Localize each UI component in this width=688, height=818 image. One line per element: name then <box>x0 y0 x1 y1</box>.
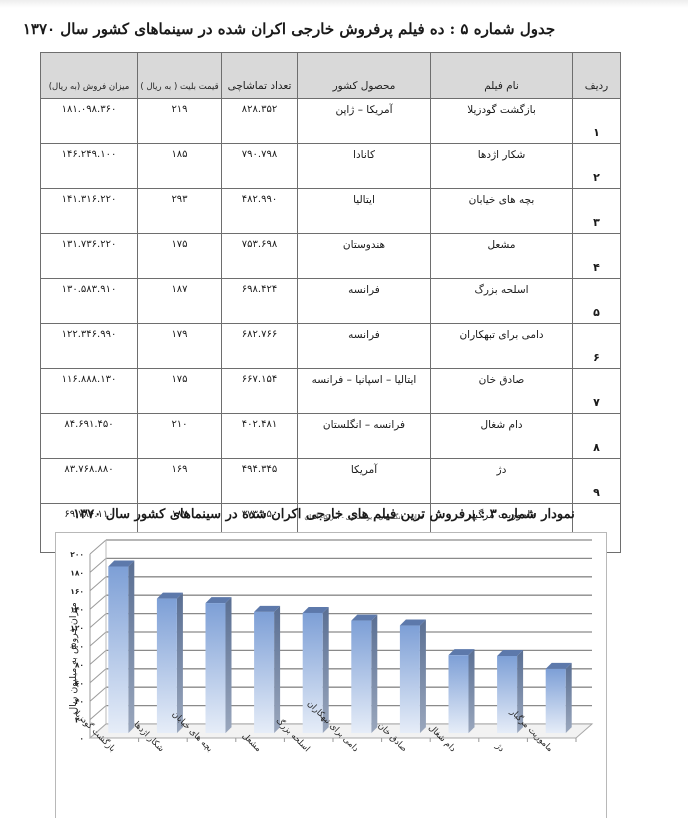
cell-country: فرانسه <box>298 279 431 324</box>
gridline-depth <box>90 614 106 628</box>
cell-viewers: ۶۶۷.۱۵۴ <box>222 369 298 414</box>
y-axis-title: میزان فروش به میلیون ریال <box>68 602 79 713</box>
table-title: جدول شماره ۵ : ده فیلم پرفروش خارجی اکرا… <box>0 20 688 38</box>
header-row-no: ردیف <box>573 53 621 99</box>
y-tick-label: ۱۶۰ <box>70 587 84 596</box>
cell-viewers: ۶۸۲.۷۶۶ <box>222 324 298 369</box>
top-foreign-films-table: ردیف نام فیلم محصول کشور تعداد تماشاچی ق… <box>40 52 621 553</box>
cell-viewers: ۷۹۰.۷۹۸ <box>222 144 298 189</box>
bar <box>108 566 128 733</box>
cell-film-name: بازگشت گودزیلا <box>431 99 573 144</box>
cell-sales: ۱۳۰.۵۸۳.۹۱۰ <box>41 279 138 324</box>
gridline-depth <box>90 577 106 591</box>
header-country: محصول کشور <box>298 53 431 99</box>
bar <box>351 621 371 734</box>
table-row: ۲شکار اژدهاکانادا۷۹۰.۷۹۸۱۸۵۱۴۶.۲۴۹.۱۰۰ <box>41 144 621 189</box>
cell-film-name: دامی برای تبهکاران <box>431 324 573 369</box>
cell-sales: ۱۴۱.۳۱۶.۲۲۰ <box>41 189 138 234</box>
bar-side <box>420 620 426 734</box>
gridline-depth <box>90 558 106 572</box>
cell-sales: ۱۸۱.۰۹۸.۳۶۰ <box>41 99 138 144</box>
bar-side <box>371 615 377 734</box>
cell-film-name: مشعل <box>431 234 573 279</box>
cell-viewers: ۴۰۲.۴۸۱ <box>222 414 298 459</box>
cell-ticket-price: ۲۱۰ <box>138 414 222 459</box>
bar-side <box>274 606 280 733</box>
cell-country: آمریکا – ژاپن <box>298 99 431 144</box>
table-row: ۸دام شغالفرانسه – انگلستان۴۰۲.۴۸۱۲۱۰۸۴.۶… <box>41 414 621 459</box>
gridline-depth <box>90 687 106 701</box>
table-row: ۵اسلحه بزرگفرانسه۶۹۸.۴۲۴۱۸۷۱۳۰.۵۸۳.۹۱۰ <box>41 279 621 324</box>
table-row: ۳بچه های خیابانایتالیا۴۸۲.۹۹۰۲۹۳۱۴۱.۳۱۶.… <box>41 189 621 234</box>
cell-film-name: شکار اژدها <box>431 144 573 189</box>
bar-side <box>226 597 232 733</box>
x-category-label: دژ <box>493 741 507 755</box>
cell-country: فرانسه – انگلستان <box>298 414 431 459</box>
cell-row-no: ۱ <box>573 99 621 144</box>
bar <box>206 603 226 733</box>
bar <box>400 626 420 734</box>
table-header-row: ردیف نام فیلم محصول کشور تعداد تماشاچی ق… <box>41 53 621 99</box>
header-film-name: نام فیلم <box>431 53 573 99</box>
cell-ticket-price: ۲۹۳ <box>138 189 222 234</box>
sales-bar-chart: ۰۲۰۴۰۶۰۸۰۱۰۰۱۲۰۱۴۰۱۶۰۱۸۰۲۰۰بازگشت گودزیل… <box>55 532 607 818</box>
header-viewers: تعداد تماشاچی <box>222 53 298 99</box>
table-row: ۹دژآمریکا۴۹۴.۳۴۵۱۶۹۸۳.۷۶۸.۸۸۰ <box>41 459 621 504</box>
cell-ticket-price: ۲۱۹ <box>138 99 222 144</box>
cell-row-no: ۳ <box>573 189 621 234</box>
cell-sales: ۱۱۶.۸۸۸.۱۳۰ <box>41 369 138 414</box>
cell-film-name: دژ <box>431 459 573 504</box>
cell-ticket-price: ۱۷۵ <box>138 234 222 279</box>
header-ticket-price: قیمت بلیت ( به ریال ) <box>138 53 222 99</box>
gridline-depth <box>90 632 106 646</box>
cell-film-name: صادق خان <box>431 369 573 414</box>
cell-row-no: ۷ <box>573 369 621 414</box>
cell-viewers: ۶۹۸.۴۲۴ <box>222 279 298 324</box>
cell-film-name: بچه های خیابان <box>431 189 573 234</box>
y-tick-label: ۱۸۰ <box>70 568 84 577</box>
cell-ticket-price: ۱۶۹ <box>138 459 222 504</box>
bar <box>546 669 566 733</box>
gridline-depth <box>90 650 106 664</box>
bar-side <box>469 649 475 733</box>
bar <box>449 655 469 733</box>
cell-row-no: ۹ <box>573 459 621 504</box>
cell-sales: ۱۳۱.۷۳۶.۲۲۰ <box>41 234 138 279</box>
cell-sales: ۱۲۲.۳۴۶.۹۹۰ <box>41 324 138 369</box>
gridline-depth <box>90 669 106 683</box>
y-tick-label: ۰ <box>79 734 84 743</box>
table-title-text: جدول شماره ۵ : ده فیلم پرفروش خارجی اکرا… <box>23 20 555 38</box>
cell-sales: ۱۴۶.۲۴۹.۱۰۰ <box>41 144 138 189</box>
cell-viewers: ۸۲۸.۳۵۲ <box>222 99 298 144</box>
chart-canvas: ۰۲۰۴۰۶۰۸۰۱۰۰۱۲۰۱۴۰۱۶۰۱۸۰۲۰۰بازگشت گودزیل… <box>56 533 606 818</box>
cell-row-no: ۸ <box>573 414 621 459</box>
bar-side <box>566 663 572 733</box>
gridline-depth <box>90 706 106 720</box>
page-top-shade <box>0 0 688 8</box>
cell-country: کانادا <box>298 144 431 189</box>
cell-film-name: دام شغال <box>431 414 573 459</box>
cell-ticket-price: ۱۷۹ <box>138 324 222 369</box>
cell-country: ایتالیا – اسپانیا – فرانسه <box>298 369 431 414</box>
cell-sales: ۸۳.۷۶۸.۸۸۰ <box>41 459 138 504</box>
table-row: ۱بازگشت گودزیلاآمریکا – ژاپن۸۲۸.۳۵۲۲۱۹۱۸… <box>41 99 621 144</box>
cell-row-no: ۶ <box>573 324 621 369</box>
cell-row-no: ۴ <box>573 234 621 279</box>
cell-row-no: ۵ <box>573 279 621 324</box>
table-row: ۴مشعلهندوستان۷۵۳.۶۹۸۱۷۵۱۳۱.۷۳۶.۲۲۰ <box>41 234 621 279</box>
gridline-depth <box>90 540 106 554</box>
table-row: ۷صادق خانایتالیا – اسپانیا – فرانسه۶۶۷.۱… <box>41 369 621 414</box>
bar <box>254 612 274 733</box>
cell-ticket-price: ۱۸۷ <box>138 279 222 324</box>
cell-country: هندوستان <box>298 234 431 279</box>
cell-country: فرانسه <box>298 324 431 369</box>
cell-viewers: ۴۸۲.۹۹۰ <box>222 189 298 234</box>
cell-film-name: اسلحه بزرگ <box>431 279 573 324</box>
bar <box>497 656 517 733</box>
cell-ticket-price: ۱۸۵ <box>138 144 222 189</box>
cell-ticket-price: ۱۷۵ <box>138 369 222 414</box>
cell-viewers: ۴۹۴.۳۴۵ <box>222 459 298 504</box>
table-row: ۶دامی برای تبهکارانفرانسه۶۸۲.۷۶۶۱۷۹۱۲۲.۳… <box>41 324 621 369</box>
cell-viewers: ۷۵۳.۶۹۸ <box>222 234 298 279</box>
cell-country: آمریکا <box>298 459 431 504</box>
chart-title: نمودار شماره ۳ : پرفروش ترین فیلم های خا… <box>0 507 688 522</box>
cell-country: ایتالیا <box>298 189 431 234</box>
bar-side <box>128 560 134 733</box>
cell-sales: ۸۴.۶۹۱.۴۵۰ <box>41 414 138 459</box>
header-sales: میزان فروش (به ریال) <box>41 53 138 99</box>
cell-row-no: ۲ <box>573 144 621 189</box>
y-tick-label: ۲۰۰ <box>70 550 84 559</box>
gridline-depth <box>90 595 106 609</box>
